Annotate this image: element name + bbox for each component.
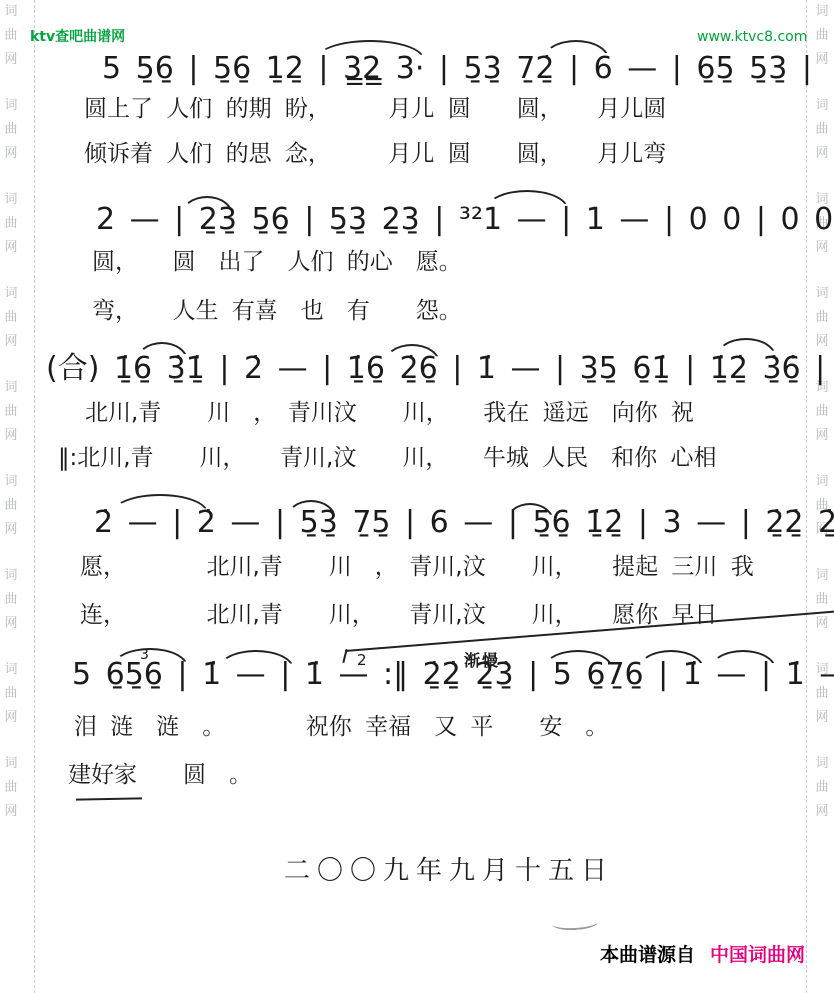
triplet-number: 3	[140, 647, 149, 663]
notation-line-1: 5 5̱6̱ | 5̱6̱ 1̱2̱ | 3̳2̳ 3· | 5̱3̱ 7̱2̱…	[102, 52, 812, 86]
lyrics-line-1a: 圆上了 人们 的期 盼， 月儿 圆 圆， 月儿圆	[84, 94, 666, 124]
slur-arc	[316, 40, 424, 59]
signature-flourish	[552, 915, 599, 931]
underline-stroke	[76, 797, 142, 800]
slur-arc	[543, 40, 609, 59]
slur-arc	[112, 494, 208, 513]
lyrics-line-1b: 倾诉着 人们 的思 念， 月儿 圆 圆， 月儿弯	[84, 139, 666, 169]
source-site-link[interactable]: 中国词曲网	[710, 940, 805, 967]
lyrics-line-5b: 建好家 圆 。	[68, 760, 252, 790]
lyrics-line-4b: 连， 北川,青 川， 青川,汶 川， 愿你 早日	[80, 600, 717, 630]
source-label: 本曲谱源自	[600, 940, 695, 967]
slur-arc	[716, 338, 776, 357]
site-url-link[interactable]: www.ktvc8.com	[697, 29, 807, 45]
slur-arc	[543, 650, 613, 669]
slur-arc	[286, 500, 336, 519]
watermark-column-right: 词曲网词曲网词曲网词曲网词曲网词曲网词曲网词曲网词曲网	[813, 5, 831, 851]
lyrics-line-3a: 北川,青 川 ， 青川汶 川， 我在 遥远 向你 祝	[85, 398, 694, 428]
watermark-column-left: 词曲网词曲网词曲网词曲网词曲网词曲网词曲网词曲网词曲网	[2, 5, 20, 851]
slur-arc	[486, 190, 568, 209]
slur-arc	[638, 650, 704, 669]
slur-arc	[136, 342, 188, 361]
volta-number: 2	[357, 651, 367, 669]
slur-arc	[218, 650, 294, 669]
site-logo-text[interactable]: ktv查吧曲谱网	[30, 26, 125, 46]
lyrics-line-5a: 泪 涟 涟 。 祝你 幸福 又 平 安 。	[74, 712, 608, 742]
watermark-divider-right	[806, 0, 807, 993]
lyrics-line-2b: 弯， 人生 有喜 也 有 怨。	[92, 296, 462, 326]
lyrics-line-3b: ‖:北川,青 川， 青川,汶 川， 牛城 人民 和你 心相	[58, 443, 717, 473]
page-container: 词曲网词曲网词曲网词曲网词曲网词曲网词曲网词曲网词曲网 词曲网词曲网词曲网词曲网…	[0, 0, 834, 993]
slur-arc	[181, 196, 233, 215]
slur-arc	[112, 648, 188, 667]
watermark-divider-left	[34, 0, 35, 993]
tempo-mark: 渐慢	[464, 648, 500, 671]
slur-arc	[710, 650, 776, 669]
date-line: 二〇〇九年九月十五日	[284, 850, 614, 887]
lyrics-line-4a: 愿， 北川,青 川 ， 青川,汶 川， 提起 三川 我	[80, 552, 754, 582]
slur-arc	[384, 344, 440, 363]
lyrics-line-2a: 圆， 圆 出了 人们 的心 愿。	[92, 247, 462, 277]
